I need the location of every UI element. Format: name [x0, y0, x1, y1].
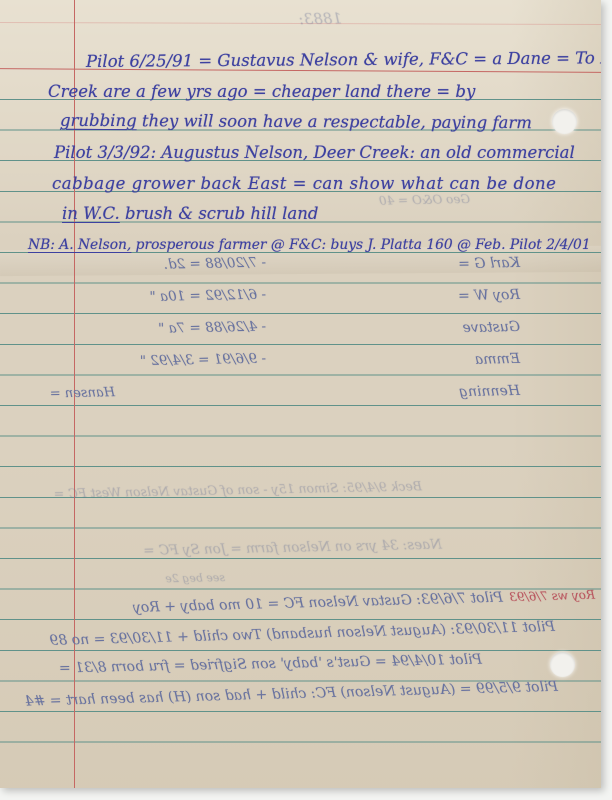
scanned-notebook-page: 1883: Geo O&O = 40 Karl G = - 7/20/88 = …: [0, 0, 612, 800]
handwriting-line-2: Creek are a few yrs ago = cheaper land t…: [48, 82, 475, 101]
handwriting-text: cabbage grower back East = can show what…: [52, 174, 556, 193]
handwriting-line-6: in W.C. brush & scrub hill land: [62, 204, 318, 223]
handwriting-line-7: NB: A. Nelson, prosperous farmer @ F&C: …: [28, 237, 591, 253]
handwriting-line-5: cabbage grower back East = can show what…: [52, 174, 556, 193]
bleedthrough-value: - 4/26/88 = 7a ": [128, 319, 266, 338]
handwriting-line-1: Pilot 6/25/91 = Gustavus Nelson & wife, …: [86, 48, 601, 71]
handwriting-line-4: Pilot 3/3/92: Augustus Nelson, Deer Cree…: [54, 143, 575, 162]
bleedthrough-name: Karl G =: [415, 255, 520, 273]
handwriting-text: prosperous farmer @ F&C: buys J. Platta …: [131, 237, 590, 253]
bleedthrough-name: Emma: [415, 351, 520, 369]
bleedthrough-year: 1883:: [278, 9, 342, 28]
punch-hole-bottom: [550, 652, 575, 677]
bleedthrough-name: Henning: [415, 383, 520, 401]
handwriting-underlined-text: NB: A. Nelson,: [28, 237, 131, 253]
bleedthrough-value: - 9/6/91 = 3/4/92 ": [128, 351, 266, 370]
handwriting-text: Pilot 6/25/91 = Gustavus Nelson & wife, …: [86, 48, 601, 71]
bleedthrough-misc-fragment: Geo O&O = 40: [358, 192, 470, 208]
handwriting-text: brush & scrub hill land: [120, 204, 319, 223]
paper-sheet: 1883: Geo O&O = 40 Karl G = - 7/20/88 = …: [0, 0, 601, 788]
handwriting-text: they will soon have a respectable, payin…: [137, 111, 532, 132]
punch-hole-top: [552, 109, 577, 134]
handwriting-underlined-text: in W.C.: [62, 204, 120, 223]
handwriting-text: Pilot 3/3/92: Augustus Nelson, Deer Cree…: [54, 143, 575, 162]
handwriting-line-3: grubbing they will soon have a respectab…: [60, 111, 532, 132]
bleedthrough-name: Gustave: [415, 319, 520, 337]
bleedthrough-side-fragment: Hansen =: [30, 385, 115, 402]
bleedthrough-name: Roy W =: [415, 287, 520, 305]
bleedthrough-value: - 6/12/92 = 10a ": [128, 287, 266, 306]
bleedthrough-line: see beg 2e: [135, 571, 225, 586]
handwriting-text: Creek are a few yrs ago = cheaper land t…: [48, 82, 475, 101]
bleedthrough-red-fragment: Roy ws 7/6/93: [500, 588, 595, 605]
bleedthrough-value: - 7/20/88 = 2d.: [128, 255, 266, 274]
handwriting-underlined-text: grubbing: [60, 111, 137, 130]
